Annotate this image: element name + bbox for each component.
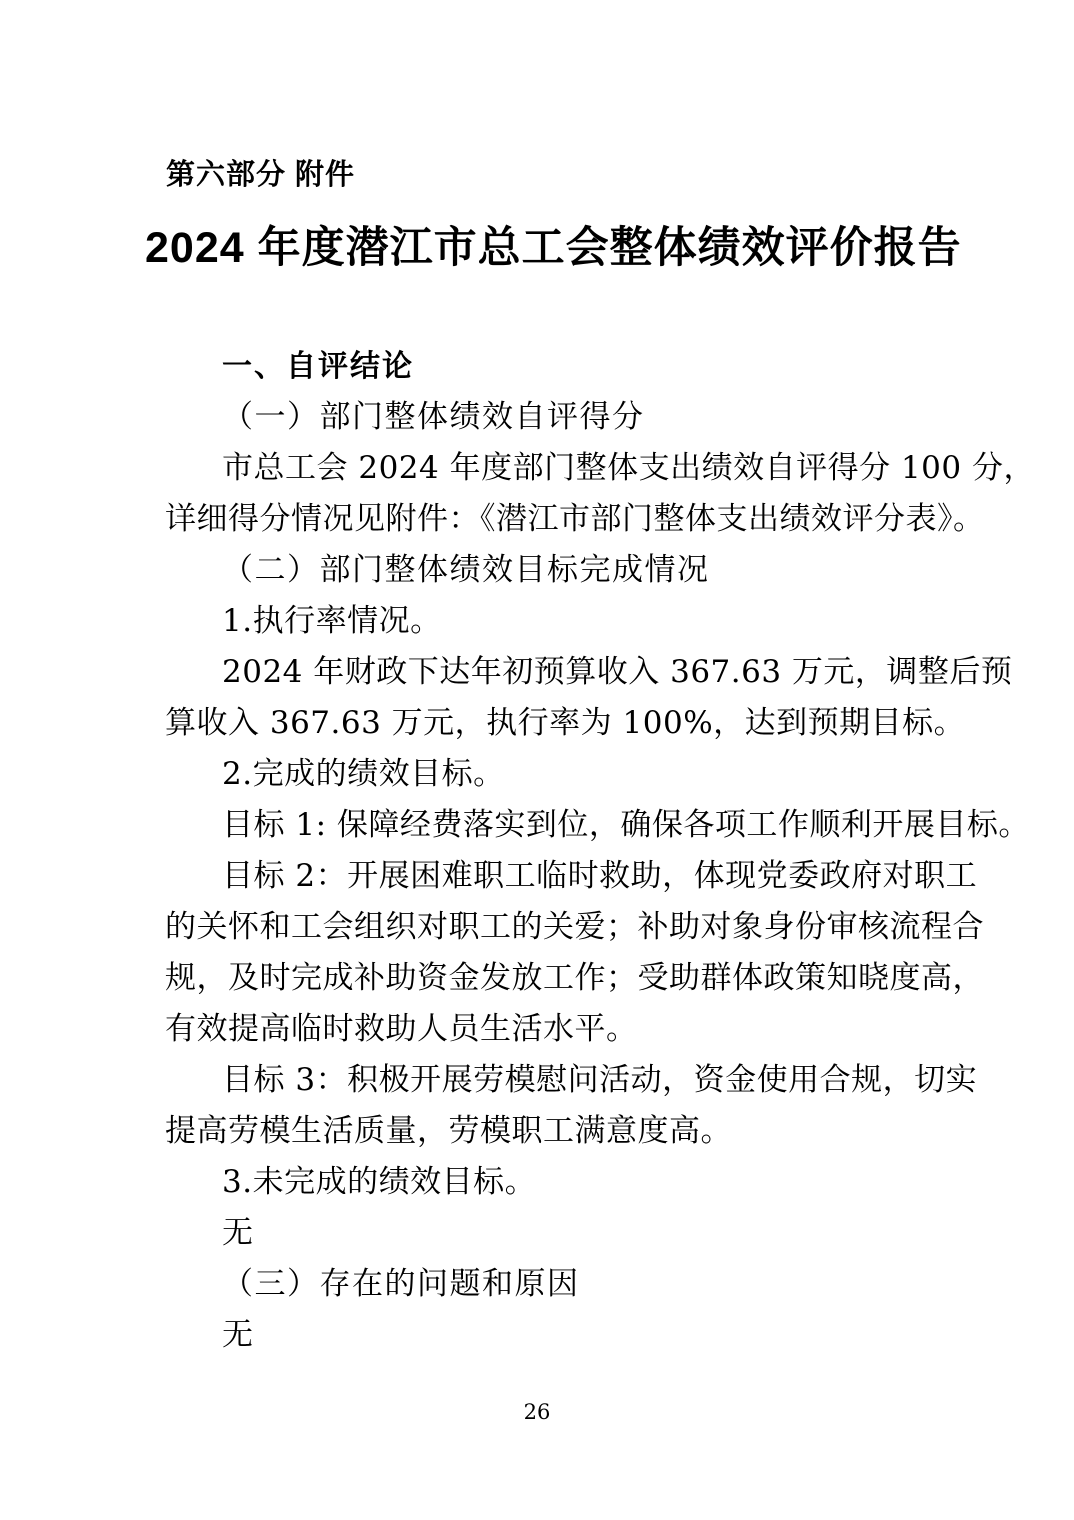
text-line: 无 — [165, 1208, 912, 1259]
text-line: 市总工会 2024 年度部门整体支出绩效自评得分 100 分， — [165, 443, 912, 494]
section-label: 第六部分 附件 — [166, 152, 355, 193]
text-line: 提高劳模生活质量，劳模职工满意度高。 — [165, 1106, 912, 1157]
text-line: 2024 年财政下达年初预算收入 367.63 万元，调整后预 — [165, 647, 912, 698]
text-line: 目标 1: 保障经费落实到位，确保各项工作顺利开展目标。 — [165, 800, 912, 851]
text-line: 无 — [165, 1310, 912, 1361]
text-line: 详细得分情况见附件：《潜江市部门整体支出绩效评分表》。 — [165, 494, 912, 545]
text-line: 2.完成的绩效目标。 — [165, 749, 912, 800]
text-line: 规，及时完成补助资金发放工作；受助群体政策知晓度高， — [165, 953, 912, 1004]
text-line: 算收入 367.63 万元，执行率为 100%，达到预期目标。 — [165, 698, 912, 749]
text-line: 目标 3：积极开展劳模慰问活动，资金使用合规，切实 — [165, 1055, 912, 1106]
text-line: 有效提高临时救助人员生活水平。 — [165, 1004, 912, 1055]
text-line: 的关怀和工会组织对职工的关爱；补助对象身份审核流程合 — [165, 902, 912, 953]
text-line-subheading-2: （二）部门整体绩效目标完成情况 — [165, 545, 912, 596]
text-line-subheading-1: （一）部门整体绩效自评得分 — [165, 392, 912, 443]
page-number: 26 — [0, 1400, 1074, 1424]
section-heading: 一、自评结论 — [222, 341, 414, 385]
page-title: 2024 年度潜江市总工会整体绩效评价报告 — [145, 214, 932, 275]
document-body: （一）部门整体绩效自评得分 市总工会 2024 年度部门整体支出绩效自评得分 1… — [165, 392, 912, 1361]
text-line-subheading-3: （三）存在的问题和原因 — [165, 1259, 912, 1310]
text-line: 1.执行率情况。 — [165, 596, 912, 647]
text-line: 目标 2：开展困难职工临时救助，体现党委政府对职工 — [165, 851, 912, 902]
text-line: 3.未完成的绩效目标。 — [165, 1157, 912, 1208]
document-page: 第六部分 附件 2024 年度潜江市总工会整体绩效评价报告 一、自评结论 （一）… — [0, 0, 1074, 1520]
